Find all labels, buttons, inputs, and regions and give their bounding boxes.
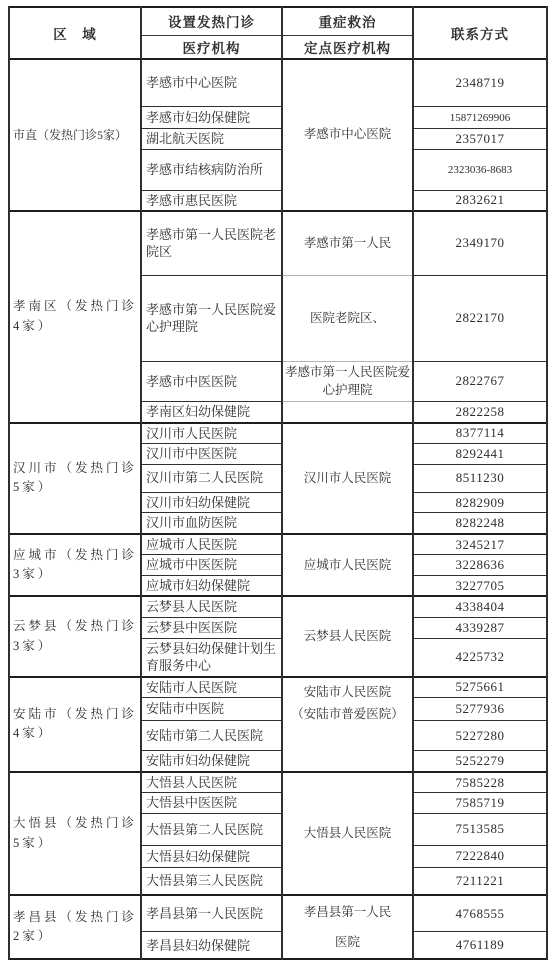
hospital-cell: 应城市中医医院 bbox=[141, 555, 282, 576]
hospital-cell: 应城市妇幼保健院 bbox=[141, 575, 282, 596]
contact-number-cell: 8292441 bbox=[413, 444, 547, 465]
contact-number-cell: 5275661 bbox=[413, 677, 547, 698]
contact-number-cell: 7585719 bbox=[413, 793, 547, 814]
contact-number-cell: 5277936 bbox=[413, 698, 547, 721]
hospital-cell: 汉川市第二人民医院 bbox=[141, 464, 282, 492]
contact-number-cell: 5227280 bbox=[413, 721, 547, 751]
hospital-cell: 孝感市惠民医院 bbox=[141, 190, 282, 211]
hospital-cell: 安陆市第二人民医院 bbox=[141, 721, 282, 751]
designated-hospital-cell: 应城市人民医院 bbox=[282, 534, 413, 597]
contact-number-cell: 2323036-8683 bbox=[413, 149, 547, 190]
hospital-cell: 大悟县妇幼保健院 bbox=[141, 845, 282, 867]
page: 区 域 设置发热门诊 重症救治 联系方式 医疗机构 定点医疗机构 市直（发热门诊… bbox=[0, 0, 554, 916]
contact-number-cell: 5252279 bbox=[413, 751, 547, 772]
contact-number-cell: 8377114 bbox=[413, 423, 547, 444]
table-row: 应城市（发热门诊3家）应城市人民医院应城市人民医院3245217 bbox=[9, 534, 547, 555]
table-row: 大悟县（发热门诊5家）大悟县人民医院大悟县人民医院7585228 bbox=[9, 772, 547, 793]
designated-hospital-cell: 孝感市第一人民 bbox=[282, 211, 413, 275]
contact-number-cell: 2348719 bbox=[413, 59, 547, 107]
designated-hospital-cell: 孝感市第一人民医院爱心护理院 bbox=[282, 361, 413, 402]
contact-number-cell: 7513585 bbox=[413, 813, 547, 845]
table-header: 区 域 设置发热门诊 重症救治 联系方式 医疗机构 定点医疗机构 bbox=[9, 7, 547, 59]
contact-number-cell: 2822767 bbox=[413, 361, 547, 402]
contact-number-cell: 3228636 bbox=[413, 555, 547, 576]
hospital-cell: 云梦县中医医院 bbox=[141, 618, 282, 639]
region-cell: 应城市（发热门诊3家） bbox=[9, 534, 141, 597]
hospital-cell: 汉川市人民医院 bbox=[141, 423, 282, 444]
contact-number-cell: 7211221 bbox=[413, 867, 547, 895]
contact-number-cell: 8511230 bbox=[413, 464, 547, 492]
designated-hospital-cell: 大悟县人民医院 bbox=[282, 772, 413, 896]
hospital-cell: 大悟县中医医院 bbox=[141, 793, 282, 814]
hospital-cell: 孝昌县妇幼保健院 bbox=[141, 932, 282, 960]
contact-number-cell: 4768555 bbox=[413, 895, 547, 931]
contact-number-cell: 3227705 bbox=[413, 575, 547, 596]
header-fever-clinic-cell: 设置发热门诊 bbox=[141, 7, 282, 35]
region-cell: 汉川市（发热门诊5家） bbox=[9, 423, 141, 534]
hospital-cell: 安陆市人民医院 bbox=[141, 677, 282, 698]
header-contact-cell: 联系方式 bbox=[413, 7, 547, 59]
table-row: 云梦县（发热门诊3家）云梦县人民医院云梦县人民医院4338404 bbox=[9, 596, 547, 617]
designated-hospital-cell: 安陆市人民医院 （安陆市普爱医院） bbox=[282, 677, 413, 772]
table-row: 孝南区（发热门诊4家）孝感市第一人民医院老院区孝感市第一人民2349170 bbox=[9, 211, 547, 275]
hospital-cell: 云梦县妇幼保健计划生育服务中心 bbox=[141, 638, 282, 677]
region-cell: 云梦县（发热门诊3家） bbox=[9, 596, 141, 676]
designated-hospital-cell bbox=[282, 402, 413, 423]
region-cell: 大悟县（发热门诊5家） bbox=[9, 772, 141, 896]
hospital-cell: 湖北航天医院 bbox=[141, 129, 282, 150]
hospital-cell: 大悟县第三人民医院 bbox=[141, 867, 282, 895]
contact-number-cell: 2832621 bbox=[413, 190, 547, 211]
designated-hospital-cell: 孝感市中心医院 bbox=[282, 59, 413, 212]
hospital-cell: 应城市人民医院 bbox=[141, 534, 282, 555]
hospital-cell: 汉川市中医医院 bbox=[141, 444, 282, 465]
hospital-cell: 云梦县人民医院 bbox=[141, 596, 282, 617]
hospital-cell: 孝感市第一人民医院爱心护理院 bbox=[141, 275, 282, 361]
hospital-cell: 孝昌县第一人民医院 bbox=[141, 895, 282, 931]
designated-hospital-cell: 云梦县人民医院 bbox=[282, 596, 413, 676]
hospital-cell: 安陆市中医院 bbox=[141, 698, 282, 721]
hospital-cell: 大悟县第二人民医院 bbox=[141, 813, 282, 845]
hospital-cell: 孝感市中医医院 bbox=[141, 361, 282, 402]
contact-number-cell: 2349170 bbox=[413, 211, 547, 275]
contact-number-cell: 2822258 bbox=[413, 402, 547, 423]
hospital-cell: 大悟县人民医院 bbox=[141, 772, 282, 793]
header-region-cell: 区 域 bbox=[9, 7, 141, 59]
contact-number-cell: 2357017 bbox=[413, 129, 547, 150]
hospital-cell: 孝感市结核病防治所 bbox=[141, 149, 282, 190]
contact-number-cell: 4761189 bbox=[413, 932, 547, 960]
hospital-cell: 孝南区妇幼保健院 bbox=[141, 402, 282, 423]
hospital-cell: 汉川市血防医院 bbox=[141, 513, 282, 534]
region-cell: 孝南区（发热门诊4家） bbox=[9, 211, 141, 423]
table-body: 市直（发热门诊5家）孝感市中心医院孝感市中心医院2348719孝感市妇幼保健院1… bbox=[9, 59, 547, 960]
contact-number-cell: 7222840 bbox=[413, 845, 547, 867]
header-row-1: 区 域 设置发热门诊 重症救治 联系方式 bbox=[9, 7, 547, 35]
fever-clinics-table: 区 域 设置发热门诊 重症救治 联系方式 医疗机构 定点医疗机构 市直（发热门诊… bbox=[8, 6, 548, 960]
designated-hospital-cell: 汉川市人民医院 bbox=[282, 423, 413, 534]
contact-number-cell: 8282248 bbox=[413, 513, 547, 534]
contact-number-cell: 2822170 bbox=[413, 275, 547, 361]
hospital-cell: 孝感市第一人民医院老院区 bbox=[141, 211, 282, 275]
table-row: 市直（发热门诊5家）孝感市中心医院孝感市中心医院2348719 bbox=[9, 59, 547, 107]
region-cell: 市直（发热门诊5家） bbox=[9, 59, 141, 212]
table-row: 汉川市（发热门诊5家）汉川市人民医院汉川市人民医院8377114 bbox=[9, 423, 547, 444]
hospital-cell: 孝感市妇幼保健院 bbox=[141, 107, 282, 129]
contact-number-cell: 3245217 bbox=[413, 534, 547, 555]
header-severe-care-cell: 重症救治 bbox=[282, 7, 413, 35]
contact-number-cell: 4339287 bbox=[413, 618, 547, 639]
contact-number-cell: 4338404 bbox=[413, 596, 547, 617]
hospital-cell: 孝感市中心医院 bbox=[141, 59, 282, 107]
designated-hospital-cell: 孝昌县第一人民 医院 bbox=[282, 895, 413, 959]
region-cell: 孝昌县（发热门诊2家） bbox=[9, 895, 141, 959]
contact-number-cell: 4225732 bbox=[413, 638, 547, 677]
region-cell: 安陆市（发热门诊4家） bbox=[9, 677, 141, 772]
header-fever-clinic-sub-cell: 医疗机构 bbox=[141, 35, 282, 59]
contact-number-cell: 8282909 bbox=[413, 492, 547, 513]
contact-number-cell: 7585228 bbox=[413, 772, 547, 793]
designated-hospital-cell: 医院老院区、 bbox=[282, 275, 413, 361]
table-row: 孝昌县（发热门诊2家）孝昌县第一人民医院孝昌县第一人民 医院4768555 bbox=[9, 895, 547, 931]
contact-number-cell: 15871269906 bbox=[413, 107, 547, 129]
hospital-cell: 安陆市妇幼保健院 bbox=[141, 751, 282, 772]
hospital-cell: 汉川市妇幼保健院 bbox=[141, 492, 282, 513]
header-severe-care-sub-cell: 定点医疗机构 bbox=[282, 35, 413, 59]
table-row: 安陆市（发热门诊4家）安陆市人民医院安陆市人民医院 （安陆市普爱医院）52756… bbox=[9, 677, 547, 698]
